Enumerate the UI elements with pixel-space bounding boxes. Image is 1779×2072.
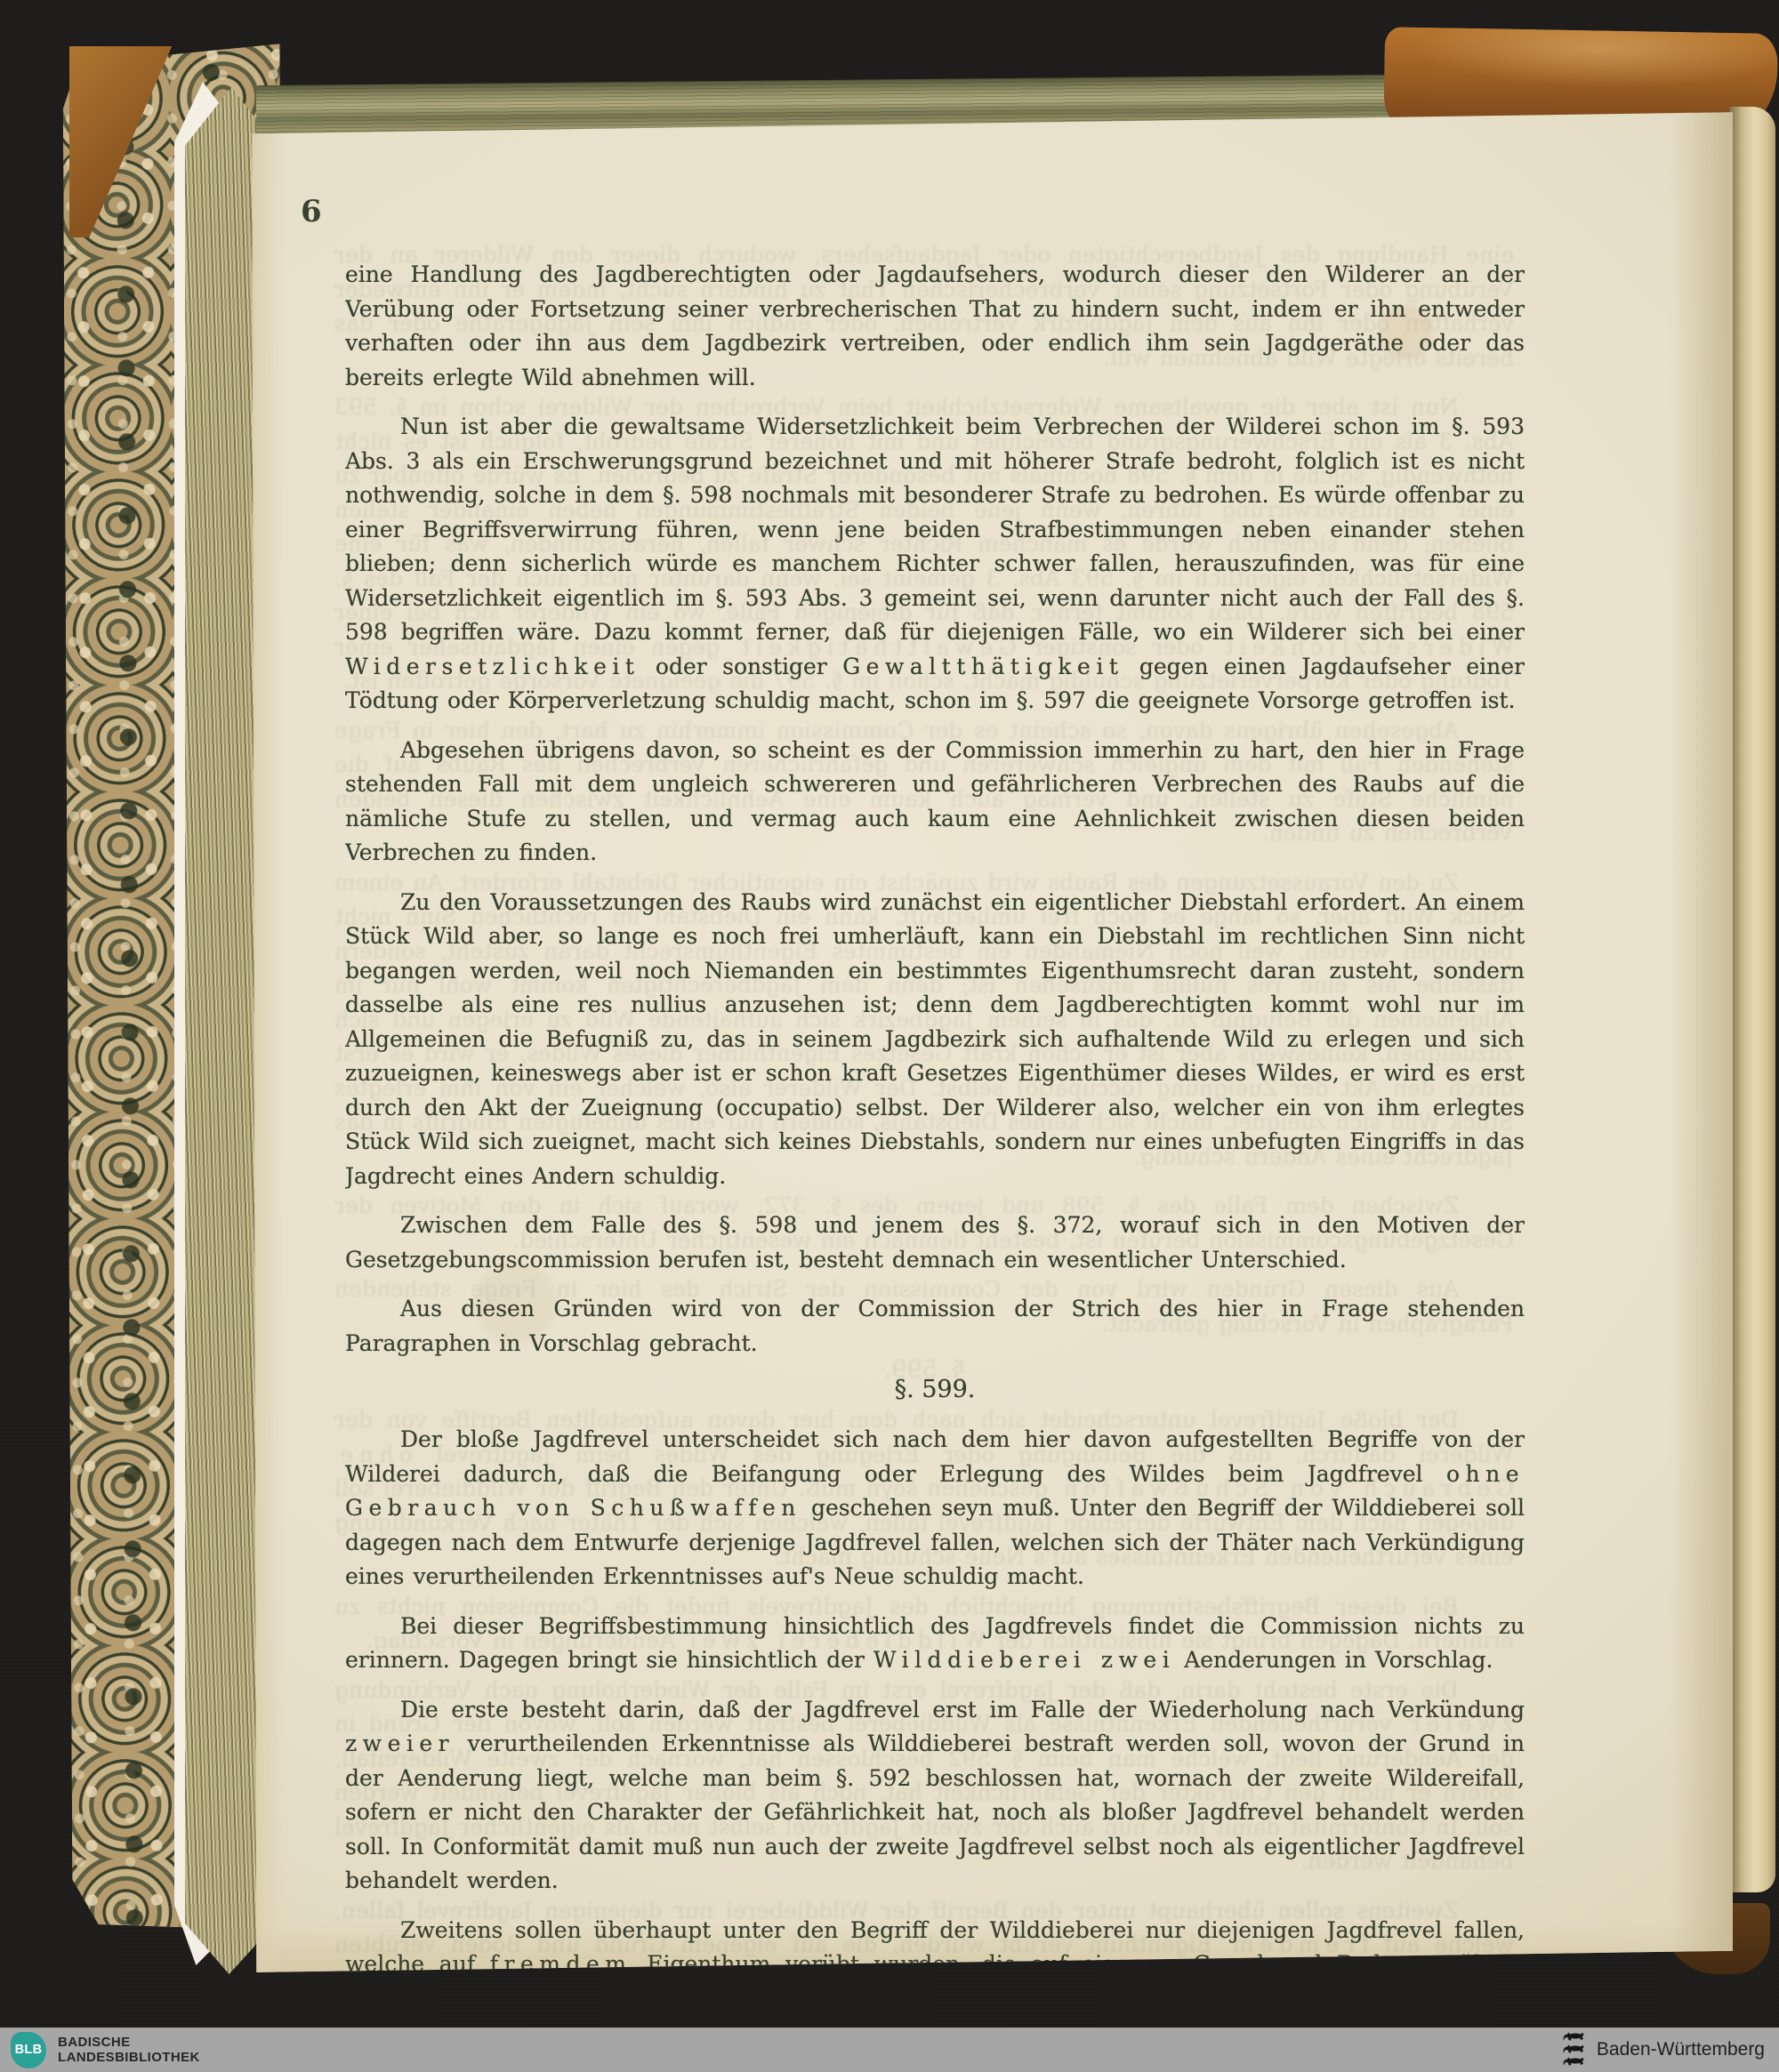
text-segment: Aenderungen in Vorschlag.	[1175, 1647, 1493, 1673]
page-number: 6	[301, 194, 322, 229]
library-name-line2: LANDESBIBLIOTHEK	[58, 2050, 200, 2065]
paragraph: Nun ist aber die gewaltsame Widersetzlic…	[345, 410, 1525, 719]
text-segment: Zwischen dem Falle des §. 598 und jenem …	[345, 1212, 1525, 1273]
scanned-page-text: eine Handlung des Jagdberechtigten oder …	[345, 258, 1525, 1979]
paragraph: Die erste besteht darin, daß der Jagdfre…	[345, 1693, 1525, 1899]
library-name: BADISCHE LANDESBIBLIOTHEK	[58, 2035, 200, 2065]
paragraph: Abgesehen übrigens davon, so scheint es …	[345, 734, 1525, 871]
paragraph: Aus diesen Gründen wird von der Commissi…	[345, 1292, 1525, 1361]
state-branding: Baden-Württemberg	[1561, 2031, 1768, 2068]
text-segment: Die erste besteht darin, daß der Jagdfre…	[400, 1697, 1525, 1723]
page-surface: 6 eine Handlung des Jagdberechtigten ode…	[249, 108, 1733, 1974]
text-segment: oder sonstiger	[640, 654, 842, 679]
text-segment: Der bloße Jagdfrevel unterscheidet sich …	[345, 1426, 1525, 1487]
state-name: Baden-Württemberg	[1597, 2039, 1765, 2060]
paragraph: Bei dieser Begriffsbestimmung hinsichtli…	[345, 1610, 1525, 1678]
digitized-book-scan: 6 eine Handlung des Jagdberechtigten ode…	[0, 0, 1779, 2072]
text-segment: §. 599.	[895, 1376, 976, 1403]
three-lions-icon	[1561, 2031, 1588, 2068]
paragraph: Zweitens sollen überhaupt unter den Begr…	[345, 1914, 1525, 1980]
paragraph: eine Handlung des Jagdberechtigten oder …	[345, 258, 1525, 395]
text-segment: Zu den Voraussetzungen des Raubs wird zu…	[345, 889, 1525, 1189]
text-segment: Abgesehen übrigens davon, so scheint es …	[345, 737, 1525, 866]
text-segment: eine Handlung des Jagdberechtigten oder …	[345, 261, 1525, 390]
footer-bar: BLB BADISCHE LANDESBIBLIOTHEK Baden-Würt…	[0, 2028, 1779, 2072]
text-segment: verurtheilenden Erkenntnisse als Wilddie…	[345, 1731, 1525, 1893]
emphasized-spaced-text: fremdem	[490, 1951, 632, 1977]
library-branding: BLB BADISCHE LANDESBIBLIOTHEK	[11, 2032, 200, 2068]
emphasized-spaced-text: Wilddieberei zwei	[873, 1647, 1175, 1673]
library-name-line1: BADISCHE	[58, 2035, 200, 2050]
paragraph: Zwischen dem Falle des §. 598 und jenem …	[345, 1209, 1525, 1277]
paragraph: Der bloße Jagdfrevel unterscheidet sich …	[345, 1423, 1525, 1594]
text-segment: Nun ist aber die gewaltsame Widersetzlic…	[345, 414, 1525, 645]
paragraph: Zu den Voraussetzungen des Raubs wird zu…	[345, 886, 1525, 1194]
text-segment: Aus diesen Gründen wird von der Commissi…	[345, 1296, 1525, 1356]
emphasized-spaced-text: Widersetzlichkeit	[345, 654, 640, 679]
emphasized-spaced-text: Gewaltthätigkeit	[842, 654, 1123, 679]
section-heading: §. 599.	[345, 1376, 1525, 1403]
facing-page-sliver	[1729, 107, 1775, 1892]
emphasized-spaced-text: zweier	[345, 1731, 455, 1756]
blb-logo: BLB	[11, 2032, 46, 2068]
